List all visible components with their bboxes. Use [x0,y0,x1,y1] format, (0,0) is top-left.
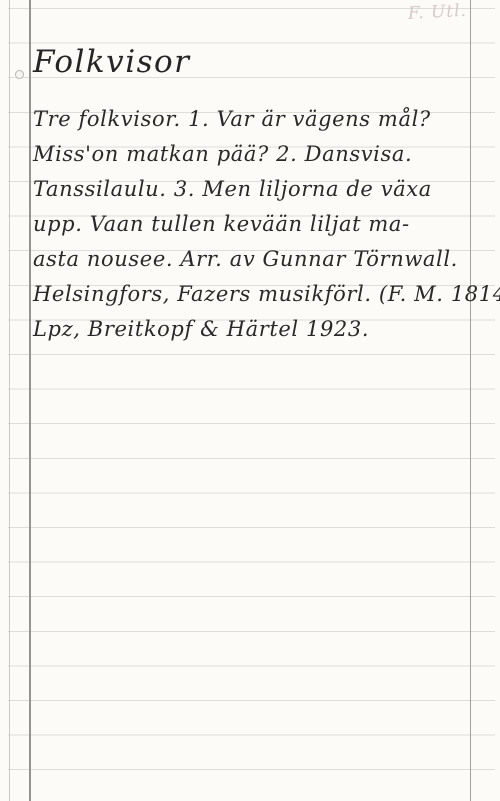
left-margin-line [29,0,31,801]
card-heading: Folkvisor [33,44,191,80]
handwritten-line-6: Helsingfors, Fazers musikförl. (F. M. 18… [33,277,480,312]
handwritten-line-4: upp. Vaan tullen kevään liljat ma- [33,207,480,242]
handwritten-line-5: asta nousee. Arr. av Gunnar Törnwall. [33,242,480,277]
handwritten-line-7: Lpz, Breitkopf & Härtel 1923. [33,312,480,347]
handwritten-line-2: Miss'on matkan pää? 2. Dansvisa. [33,137,480,172]
handwritten-line-3: Tanssilaulu. 3. Men liljorna de växa [33,172,480,207]
punch-hole-mark [15,70,24,79]
card-body: Tre folkvisor. 1. Var är vägens mål? Mis… [33,102,480,347]
left-edge-line [9,0,10,801]
handwritten-line-1: Tre folkvisor. 1. Var är vägens mål? [33,102,480,137]
pencil-shelfmark-note: F. Utl. [408,0,479,24]
catalog-card: F. Utl. Folkvisor Tre folkvisor. 1. Var … [0,0,500,801]
